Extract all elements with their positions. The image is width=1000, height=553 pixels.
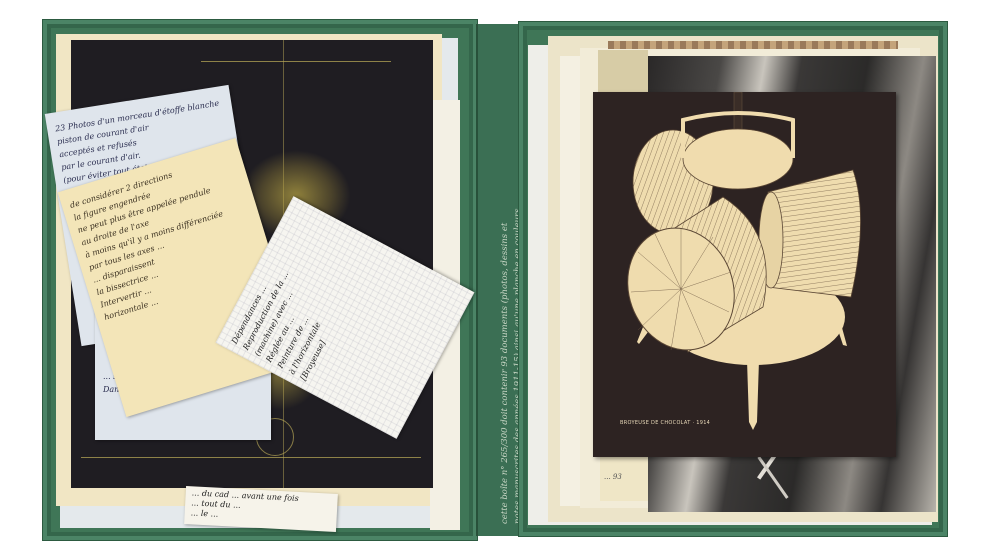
tag-line: ... 93 (604, 473, 644, 482)
small-cream-tag: ... 93 (600, 455, 648, 501)
drawing-line (81, 457, 421, 458)
spine-text-line-1: cette boîte n° 265/300 doit contenir 93 … (499, 44, 512, 524)
handwritten-note-bottom: ... du cad ... avant une fois ... tout d… (184, 486, 338, 532)
photo-x-mark (757, 456, 788, 499)
box-spine: cette boîte n° 265/300 doit contenir 93 … (476, 24, 522, 536)
plate-caption: BROYEUSE DE CHOCOLAT · 1914 (620, 420, 710, 426)
chocolate-grinder-illustration (593, 92, 896, 457)
torn-photo-strip (608, 41, 898, 49)
chocolate-grinder-plate: BROYEUSE DE CHOCOLAT · 1914 (593, 92, 896, 457)
drawing-line (201, 61, 391, 62)
